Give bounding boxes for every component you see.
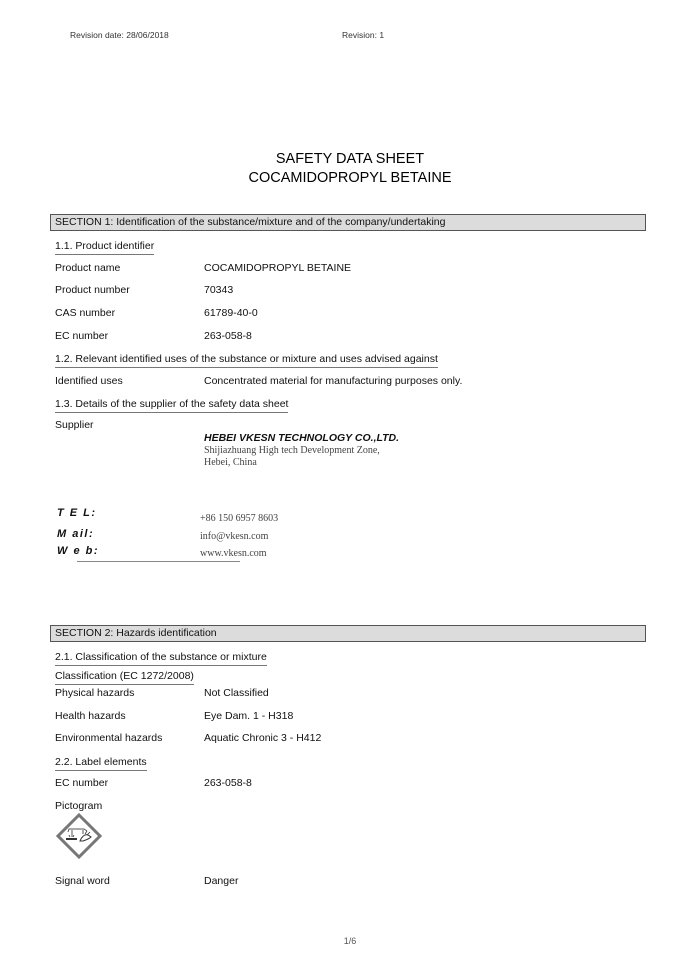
section-2-heading: SECTION 2: Hazards identification xyxy=(50,625,646,642)
pictogram-label: Pictogram xyxy=(55,800,102,812)
supplier-address-line2: Hebei, China xyxy=(204,457,257,468)
environmental-hazards-value: Aquatic Chronic 3 - H412 xyxy=(204,732,321,744)
label-ec-number-value: 263-058-8 xyxy=(204,777,252,789)
identified-uses-label: Identified uses xyxy=(55,375,123,387)
environmental-hazards-label: Environmental hazards xyxy=(55,732,162,744)
identified-uses-value: Concentrated material for manufacturing … xyxy=(204,375,462,387)
product-name-value: COCAMIDOPROPYL BETAINE xyxy=(204,262,351,274)
contact-underline-divider xyxy=(77,561,240,562)
subsection-2-2-heading: 2.2. Label elements xyxy=(55,755,147,771)
product-number-label: Product number xyxy=(55,284,130,296)
revision-number: Revision: 1 xyxy=(342,30,384,40)
subsection-1-2-heading: 1.2. Relevant identified uses of the sub… xyxy=(55,352,438,368)
physical-hazards-value: Not Classified xyxy=(204,687,269,699)
supplier-address-line1: Shijiazhuang High tech Development Zone, xyxy=(204,445,380,456)
subsection-1-3-heading: 1.3. Details of the supplier of the safe… xyxy=(55,397,288,413)
health-hazards-value: Eye Dam. 1 - H318 xyxy=(204,710,293,722)
product-number-value: 70343 xyxy=(204,284,233,296)
section-1-heading: SECTION 1: Identification of the substan… xyxy=(50,214,646,231)
signal-word-label: Signal word xyxy=(55,875,110,887)
classification-heading: Classification (EC 1272/2008) xyxy=(55,669,194,685)
document-title: SAFETY DATA SHEET xyxy=(0,151,700,167)
mail-value[interactable]: info@vkesn.com xyxy=(200,531,268,542)
signal-word-value: Danger xyxy=(204,875,238,887)
physical-hazards-label: Physical hazards xyxy=(55,687,134,699)
subsection-1-1-heading: 1.1. Product identifier xyxy=(55,239,154,255)
tel-value: +86 150 6957 8603 xyxy=(200,513,278,524)
supplier-label: Supplier xyxy=(55,419,94,431)
corrosion-pictogram-icon xyxy=(56,813,102,859)
tel-label: T E L: xyxy=(57,507,97,519)
revision-date: Revision date: 28/06/2018 xyxy=(70,30,169,40)
subsection-2-1-heading: 2.1. Classification of the substance or … xyxy=(55,650,267,666)
cas-number-value: 61789-40-0 xyxy=(204,307,258,319)
ec-number-label: EC number xyxy=(55,330,108,342)
health-hazards-label: Health hazards xyxy=(55,710,126,722)
product-title: COCAMIDOPROPYL BETAINE xyxy=(0,170,700,186)
web-label: W e b: xyxy=(57,545,99,557)
mail-label: M ail: xyxy=(57,528,94,540)
web-value[interactable]: www.vkesn.com xyxy=(200,548,267,559)
page-number: 1/6 xyxy=(0,936,700,946)
product-name-label: Product name xyxy=(55,262,120,274)
label-ec-number-label: EC number xyxy=(55,777,108,789)
cas-number-label: CAS number xyxy=(55,307,115,319)
ec-number-value: 263-058-8 xyxy=(204,330,252,342)
supplier-company-name: HEBEI VKESN TECHNOLOGY CO.,LTD. xyxy=(204,432,399,444)
